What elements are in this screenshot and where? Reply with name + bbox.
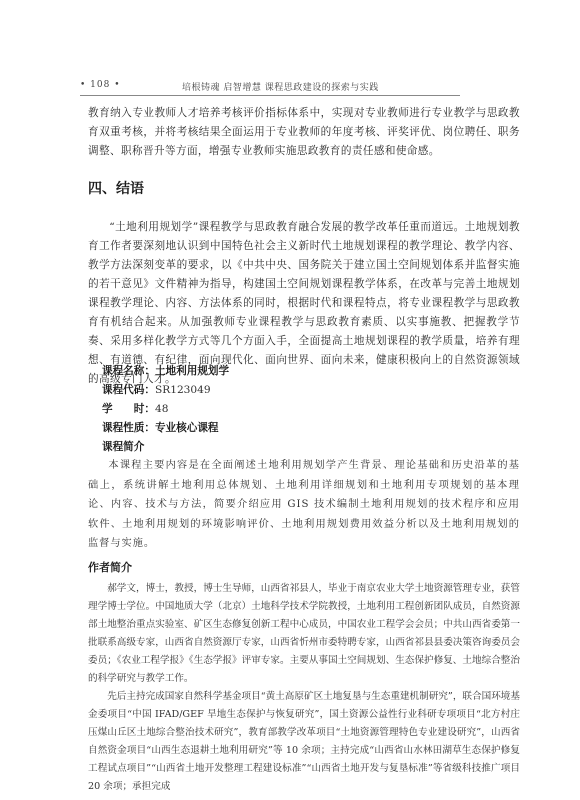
course-code-value: SR123049 — [155, 384, 211, 396]
running-header: • 108 • 培根铸魂 启智增慧 课程思政建设的探索与实践 — [80, 78, 460, 94]
course-intro-text: 本课程主要内容是在全面阐述土地利用规划学产生背景、理论基础和历史沿革的基础上，系… — [88, 456, 520, 554]
section-heading: 四、结语 — [88, 178, 144, 198]
author-bio: 郝学文，博士，教授，博士生导师，山西省祁县人，毕业于南京农业大学土地资源管理专业… — [88, 580, 520, 796]
author-paragraph: 郝学文，博士，教授，博士生导师，山西省祁县人，毕业于南京农业大学土地资源管理专业… — [88, 580, 520, 688]
author-paragraph: 先后主持完成国家自然科学基金项目“黄土高原矿区土地复垦与生态重建机制研究”，联合… — [88, 688, 520, 796]
course-hours-value: 48 — [155, 403, 168, 415]
course-intro-label: 课程简介 — [102, 441, 144, 453]
paragraph-continued: 教育纳入专业教师人才培养考核评价指标体系中，实现对专业教师进行专业教学与思政教育… — [88, 104, 520, 161]
course-hours-label: 学 时： — [102, 403, 155, 415]
course-intro-label-row: 课程简介 — [102, 438, 229, 457]
author-heading: 作者简介 — [88, 559, 132, 575]
course-info: 课程名称：土地利用规划学 课程代码：SR123049 学 时：48 课程性质：专… — [102, 362, 229, 457]
course-code-label: 课程代码： — [102, 384, 155, 396]
document-page: • 108 • 培根铸魂 启智增慧 课程思政建设的探索与实践 教育纳入专业教师人… — [0, 0, 580, 800]
course-name-row: 课程名称：土地利用规划学 — [102, 362, 229, 381]
running-title: 培根铸魂 启智增慧 课程思政建设的探索与实践 — [182, 80, 379, 93]
course-nature-value: 专业核心课程 — [155, 422, 219, 434]
course-nature-label: 课程性质： — [102, 422, 155, 434]
course-code-row: 课程代码：SR123049 — [102, 381, 229, 400]
course-name-label: 课程名称： — [102, 365, 155, 377]
header-rule — [80, 95, 460, 96]
course-hours-row: 学 时：48 — [102, 400, 229, 419]
course-nature-row: 课程性质：专业核心课程 — [102, 419, 229, 438]
course-name-value: 土地利用规划学 — [155, 365, 229, 377]
page-number: • 108 • — [80, 80, 121, 90]
